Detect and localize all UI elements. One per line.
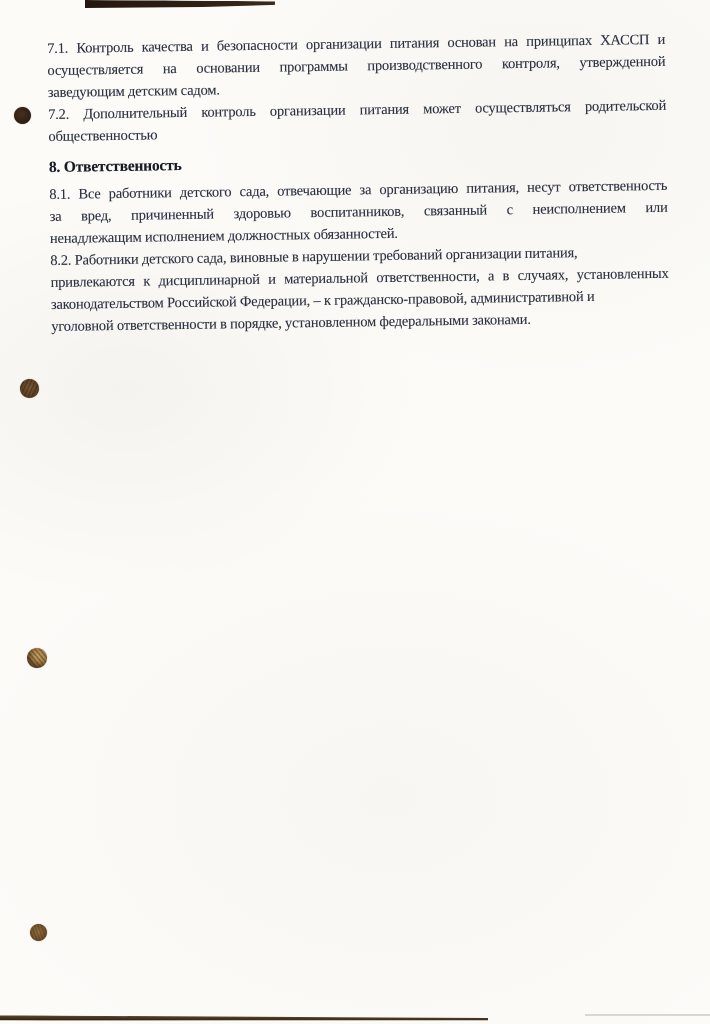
document-text-block: 7.1. Контроль качества и безопасности ор…	[47, 29, 669, 338]
scan-artifact-top-edge	[85, 0, 275, 9]
section-8-heading: 8. Ответственность	[49, 148, 667, 179]
paper-fastener-2	[20, 379, 39, 398]
scan-artifact-bottom-right-line	[585, 1014, 710, 1016]
paper-fastener-4	[30, 924, 47, 941]
scan-artifact-bottom-edge	[0, 1015, 488, 1021]
paper-fastener-1	[14, 107, 31, 124]
document-page: 7.1. Контроль качества и безопасности ор…	[0, 0, 710, 1024]
paper-fastener-3	[27, 648, 47, 668]
